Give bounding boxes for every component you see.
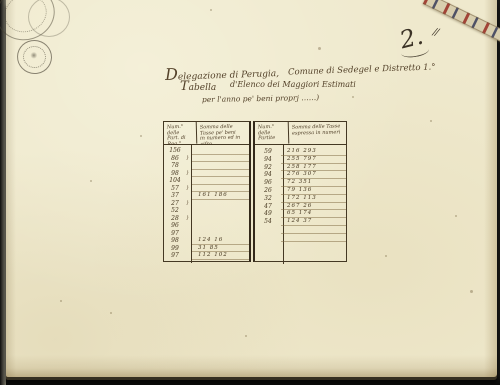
table-left-body: 156 86 } 78 98 } 104 — [164, 145, 249, 263]
table-row: 49 65 174 — [255, 210, 346, 218]
table-row: 27 } — [164, 200, 249, 208]
row-amount — [192, 215, 249, 223]
row-register-number: 86 — [164, 155, 186, 163]
table-right-body: 59 216 293 94 255 797 92 258 177 94 276 … — [255, 145, 346, 264]
table-row: 57 } — [164, 185, 249, 193]
table-row: 86 } — [164, 155, 249, 163]
row-register-number: 96 — [164, 222, 186, 230]
paper-speckle — [430, 120, 432, 122]
table-row: 54 124 37 — [255, 218, 346, 226]
paper-speckle — [210, 9, 212, 11]
row-register-number: 98 — [164, 170, 186, 178]
row-register-number: 78 — [164, 162, 186, 170]
paper-speckle — [470, 290, 473, 293]
table-row: 104 — [164, 177, 249, 185]
row-amount — [192, 170, 249, 178]
row-amount — [192, 162, 249, 170]
row-register-number: 27 — [164, 200, 186, 208]
table-left-col1-header: Num.° delle Part. di Reg.° — [164, 122, 198, 145]
row-register-number: 156 — [164, 147, 186, 155]
paper-speckle — [318, 47, 321, 50]
row-register-number: 97 — [164, 230, 186, 238]
table-row: 47 267 26 — [255, 203, 346, 211]
table-row: 32 172 113 — [255, 195, 346, 203]
table-row: 99 31 85 — [164, 245, 249, 253]
row-amount: 124 16 — [192, 237, 249, 245]
table-row: 59 216 293 — [255, 148, 346, 156]
row-register-number — [255, 226, 281, 234]
row-register-number: 96 — [255, 179, 281, 187]
row-amount: 65 174 — [281, 210, 346, 218]
paper-speckle — [455, 215, 457, 217]
row-amount: 172 113 — [281, 195, 346, 203]
row-amount: 112 102 — [192, 252, 249, 260]
ink-stamp-smudge-icon — [28, 0, 70, 37]
table-row: 96 — [164, 222, 249, 230]
row-amount — [192, 177, 249, 185]
row-register-number: 104 — [164, 177, 186, 185]
row-amount — [192, 230, 249, 238]
row-register-number: 37 — [164, 192, 186, 200]
paper-sheet: 2. // Delegazione di Perugia, Comune di … — [6, 0, 497, 377]
paper-speckle — [385, 255, 387, 257]
row-amount — [192, 155, 249, 163]
table-row: 94 255 797 — [255, 156, 346, 164]
title-comune-district: Comune di Sedegel e Distretto 1.° — [288, 62, 436, 77]
table-row: 92 258 177 — [255, 164, 346, 172]
row-amount: 267 26 — [281, 203, 346, 211]
row-amount: 72 351 — [281, 179, 346, 187]
row-amount: 79 136 — [281, 187, 346, 195]
table-row: 156 — [164, 147, 249, 155]
row-amount: 276 307 — [281, 171, 346, 179]
paper-speckle — [110, 312, 112, 314]
row-amount: 216 293 — [281, 148, 346, 156]
round-ink-stamp-bottom-icon — [14, 37, 55, 78]
table-left: Num.° delle Part. di Reg.° Somma delle T… — [163, 121, 251, 262]
table-left-col2-header: Somma delle Tasse pe' beni in numero ed … — [197, 121, 250, 144]
table-row — [255, 234, 346, 242]
row-amount — [192, 200, 249, 208]
row-amount: 258 177 — [281, 164, 346, 172]
row-register-number: 97 — [164, 252, 186, 260]
paper-speckle — [140, 135, 142, 137]
paper-speckle — [90, 180, 92, 182]
table-row: 37 161 186 — [164, 192, 249, 200]
paper-speckle — [245, 335, 247, 337]
row-register-number: 98 — [164, 237, 186, 245]
table-row: 52 — [164, 207, 249, 215]
table-right: Num.° delle Partite Somma delle Tasse es… — [253, 121, 347, 262]
table-right-header: Num.° delle Partite Somma delle Tasse es… — [255, 122, 346, 145]
row-amount: 161 186 — [192, 192, 249, 200]
table-right-col1-header: Num.° delle Partite — [255, 122, 290, 145]
paper-speckle — [352, 96, 354, 98]
scanned-document: { "corner": { "folio_mark": "2.", "strok… — [0, 0, 500, 385]
row-register-number: 59 — [255, 148, 281, 156]
row-register-number: 49 — [255, 210, 281, 218]
row-register-number: 32 — [255, 195, 281, 203]
row-amount — [192, 222, 249, 230]
table-row: 97 — [164, 230, 249, 238]
table-row — [255, 226, 346, 234]
row-register-number: 94 — [255, 171, 281, 179]
row-amount — [281, 234, 346, 242]
table-row: 78 — [164, 162, 249, 170]
row-amount — [192, 185, 249, 193]
row-register-number: 57 — [164, 185, 186, 193]
table-row: 28 } — [164, 215, 249, 223]
pen-stroke-mark: // — [432, 27, 439, 39]
paper-speckle — [60, 300, 62, 302]
table-row: 96 72 351 — [255, 179, 346, 187]
row-register-number: 99 — [164, 245, 186, 253]
table-left-header: Num.° delle Part. di Reg.° Somma delle T… — [164, 122, 249, 145]
title-tabella: Tabella — [180, 79, 216, 94]
table-right-col2-header: Somma delle Tasse espressa in numeri — [289, 121, 347, 144]
row-register-number: 47 — [255, 203, 281, 211]
row-amount: 255 797 — [281, 156, 346, 164]
title-subline: per l'anno pe' beni proprj ……) — [202, 93, 319, 104]
table-row: 97 112 102 — [164, 252, 249, 260]
row-register-number: 54 — [255, 218, 281, 226]
row-register-number: 26 — [255, 187, 281, 195]
table-row: 26 79 136 — [255, 187, 346, 195]
row-amount — [281, 226, 346, 234]
title-elenco: d'Elenco dei Maggiori Estimati — [230, 80, 356, 89]
row-amount — [192, 147, 249, 155]
table-row: 98 124 16 — [164, 237, 249, 245]
table-row: 94 276 307 — [255, 171, 346, 179]
row-register-number — [255, 234, 281, 242]
row-register-number: 92 — [255, 164, 281, 172]
row-register-number: 52 — [164, 207, 186, 215]
table-row: 98 } — [164, 170, 249, 178]
row-amount: 31 85 — [192, 245, 249, 253]
row-amount — [192, 207, 249, 215]
row-register-number: 28 — [164, 215, 186, 223]
row-amount: 124 37 — [281, 218, 346, 226]
row-register-number: 94 — [255, 156, 281, 164]
